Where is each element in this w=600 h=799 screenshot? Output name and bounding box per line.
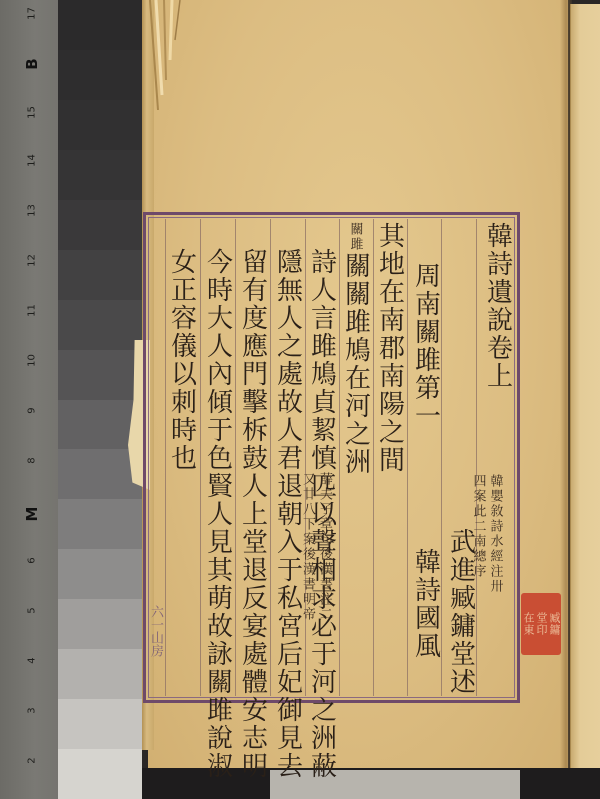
citation-right: 薛夫子章句後漢書注二 <box>317 472 332 622</box>
grayscale-reference-strip <box>58 0 142 799</box>
red-seal-stamp: 臧鏞 堂印 在東 <box>521 593 561 655</box>
ruler-tick-label: 8 <box>27 451 38 471</box>
gray-patch <box>58 350 142 401</box>
poem-column: 關雎 關關雎鳩在河之洲 <box>340 222 370 476</box>
ruler-tick-label: 12 <box>27 251 38 271</box>
poem-line: 關關雎鳩在河之洲 <box>341 252 370 476</box>
citation-note: 薛夫子章句後漢書注二 又廿八下案後漢書明帝 <box>30 472 332 622</box>
note-right: 韓嬰敘詩水經注卅 <box>488 474 503 594</box>
ruler-tick-label: 13 <box>27 201 38 221</box>
ruler-tick-label: 11 <box>27 301 38 321</box>
chapter-column: 周南關雎第一 <box>410 262 440 430</box>
body-column-5: 女正容儀以刺時也 薛夫子章句後漢書注二 又廿八下案後漢書明帝 <box>166 248 196 622</box>
ruler-tick-label: 4 <box>27 651 38 671</box>
seal-text: 在東 <box>522 612 534 636</box>
gray-patch <box>58 300 142 351</box>
ruler-tick-label: 9 <box>27 401 38 421</box>
ruler-tick-label: 15 <box>27 103 38 123</box>
gray-patch <box>58 200 142 251</box>
commentary-column: 其地在南郡南陽之間 韓嬰敘詩水經注卅 四案此二南總序 <box>374 222 404 594</box>
note-left: 四案此二南總序 <box>471 474 486 594</box>
gray-patch <box>58 250 142 301</box>
ruler-tick-label: 10 <box>27 351 38 371</box>
ruler-tick-label: 17 <box>27 4 38 24</box>
citation-left: 又廿八下案後漢書明帝 <box>300 472 315 622</box>
ruler-marker-letter: B <box>23 54 41 74</box>
seal-text: 臧鏞 <box>548 612 560 636</box>
gray-patch <box>58 699 142 750</box>
ruler-tick-label: 2 <box>27 751 38 771</box>
library-margin-stamp: 六一山房 <box>143 605 165 705</box>
gray-patch <box>58 50 142 101</box>
poem-title-small: 關雎 <box>348 222 363 252</box>
facing-page <box>570 4 600 768</box>
column-rule <box>235 219 236 696</box>
ruler-tick-label: 3 <box>27 701 38 721</box>
gray-patch <box>58 749 142 799</box>
gray-patch <box>58 0 142 51</box>
ruler-tick-label: 14 <box>27 151 38 171</box>
gray-patch <box>58 150 142 201</box>
measurement-ruler: 171514131211109865432BM <box>0 0 58 799</box>
gray-patch <box>58 649 142 700</box>
chapter-heading: 周南關雎第一 <box>411 262 440 430</box>
seal-text: 堂印 <box>535 612 547 636</box>
column-rule <box>270 219 271 696</box>
gray-patch <box>58 100 142 151</box>
commentary-text: 其地在南郡南陽之間 <box>375 222 404 474</box>
column-rule <box>200 219 201 696</box>
volume-title: 韓詩遺說卷上 <box>483 222 512 390</box>
folded-page-leaves <box>148 0 188 110</box>
body-text: 女正容儀以刺時也 <box>167 248 196 472</box>
